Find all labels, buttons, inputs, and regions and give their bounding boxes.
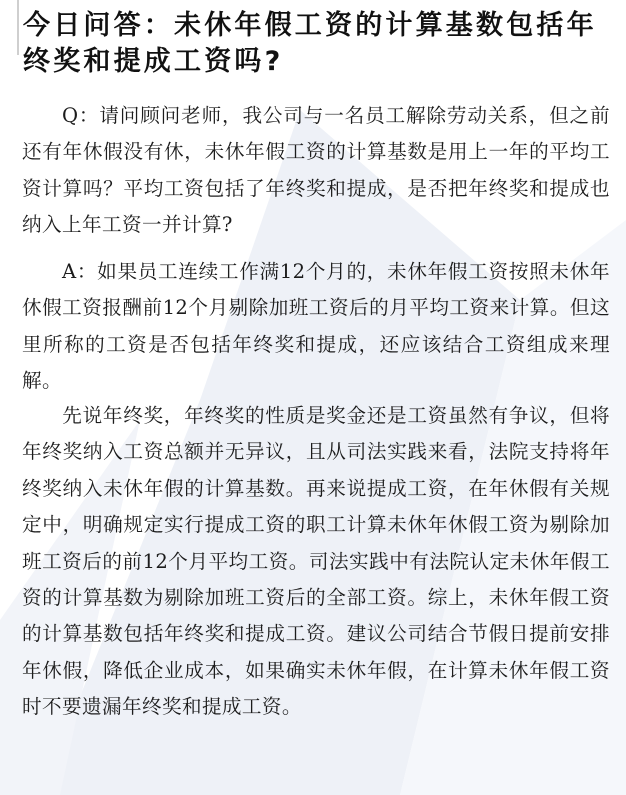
conclusion-text: 先说年终奖，年终奖的性质是奖金还是工资虽然有争议，但将年终奖纳入工资总额并无异议… — [22, 404, 610, 718]
conclusion-paragraph: 先说年终奖，年终奖的性质是奖金还是工资虽然有争议，但将年终奖纳入工资总额并无异议… — [22, 398, 610, 726]
question-text: Q：请问顾问老师，我公司与一名员工解除劳动关系，但之前还有年休假没有休，未休年假… — [22, 104, 610, 236]
article-title: 今日问答：未休年假工资的计算基数包括年终奖和提成工资吗? — [23, 8, 613, 80]
title-accent-bar — [17, 0, 19, 55]
question-paragraph: Q：请问顾问老师，我公司与一名员工解除劳动关系，但之前还有年休假没有休，未休年假… — [22, 98, 610, 244]
answer-text: A：如果员工连续工作满12个月的，未休年假工资按照未休年休假工资报酬前12个月剔… — [22, 260, 610, 392]
answer-paragraph: A：如果员工连续工作满12个月的，未休年假工资按照未休年休假工资报酬前12个月剔… — [22, 254, 610, 400]
